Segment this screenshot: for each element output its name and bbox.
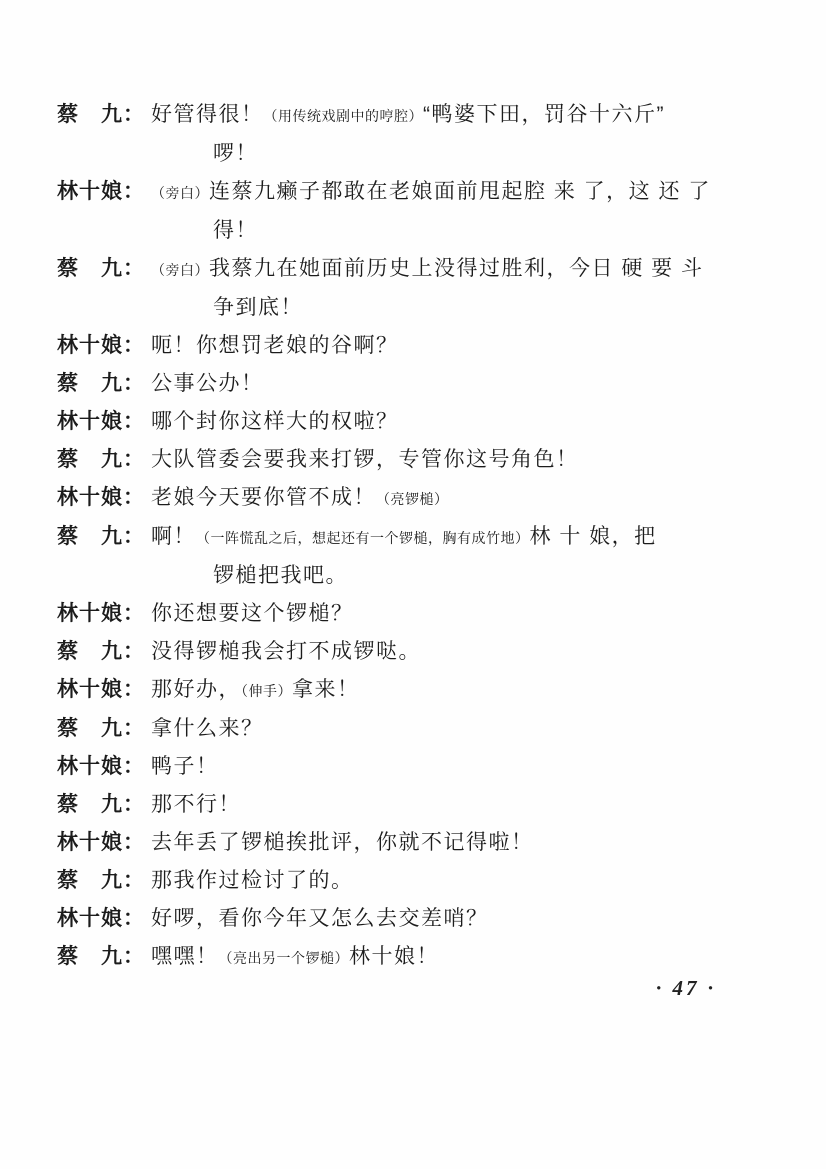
- speech-text: 那不行！: [151, 793, 241, 816]
- dialogue-text: 去年丢了锣槌挨批评，你就不记得啦！: [151, 828, 771, 858]
- speaker-name: 蔡 九：: [57, 637, 151, 667]
- dialogue-entry: 林十娘：（旁白）连蔡九癞子都敢在老娘面前甩起腔 来 了，这 还 了: [57, 177, 771, 208]
- dialogue-text: （旁白）我蔡九在她面前历史上没得过胜利，今日 硬 要 斗: [151, 254, 771, 285]
- speaker-name: 蔡 九：: [57, 714, 151, 744]
- speaker-name: 蔡 九：: [57, 790, 151, 820]
- speech-text: 嘿嘿！: [151, 945, 219, 968]
- speech-text: 没得锣槌我会打不成锣哒。: [151, 640, 421, 663]
- dialogue-text: 那好办，（伸手）拿来！: [151, 675, 771, 706]
- dialogue-entry: 林十娘：你还想要这个锣槌？: [57, 599, 771, 629]
- speech-text: 好啰，看你今年又怎么去交差哨？: [151, 907, 489, 930]
- dialogue-entry: 林十娘：那好办，（伸手）拿来！: [57, 675, 771, 706]
- speaker-name: 林十娘：: [57, 904, 151, 934]
- dialogue-entry: 蔡 九：拿什么来？: [57, 714, 771, 744]
- speech-text: “鸭婆下田，罚谷十六斤”: [423, 103, 665, 126]
- dialogue-text: 老娘今天要你管不成！（亮锣槌）: [151, 483, 771, 514]
- speech-text: 林十娘！: [349, 945, 439, 968]
- dialogue-text: 那不行！: [151, 790, 771, 820]
- dialogue-continuation-line: 啰！: [57, 139, 771, 169]
- speaker-name: 林十娘：: [57, 599, 151, 629]
- dialogue-text: 公事公办！: [151, 369, 771, 399]
- speech-text: 连蔡九癞子都敢在老娘面前甩起腔 来 了，这 还 了: [209, 180, 711, 203]
- speaker-name: 林十娘：: [57, 675, 151, 705]
- dialogue-entry: 蔡 九：好管得很！（用传统戏剧中的哼腔）“鸭婆下田，罚谷十六斤”: [57, 100, 771, 131]
- speech-text: 呃！你想罚老娘的谷啊？: [151, 334, 399, 357]
- dialogue-continuation-line: 锣槌把我吧。: [57, 561, 771, 591]
- dialogue-list: 蔡 九：好管得很！（用传统戏剧中的哼腔）“鸭婆下田，罚谷十六斤”啰！林十娘：（旁…: [57, 100, 771, 981]
- speaker-name: 林十娘：: [57, 828, 151, 858]
- stage-direction-text: （亮出另一个锣槌）: [219, 950, 350, 966]
- stage-direction-text: （一阵慌乱之后，想起还有一个锣槌，胸有成竹地）: [196, 530, 530, 546]
- dialogue-text: 锣槌把我吧。: [213, 561, 771, 591]
- dialogue-continuation-line: 得！: [57, 216, 771, 246]
- dialogue-entry: 蔡 九：公事公办！: [57, 369, 771, 399]
- speech-text: 去年丢了锣槌挨批评，你就不记得啦！: [151, 831, 534, 854]
- speech-text: 你还想要这个锣槌？: [151, 602, 354, 625]
- speech-text: 得！: [213, 219, 258, 242]
- dialogue-entry: 蔡 九：大队管委会要我来打锣，专管你这号角色！: [57, 445, 771, 475]
- dialogue-text: 得！: [213, 216, 771, 246]
- dialogue-text: 啊！（一阵慌乱之后，想起还有一个锣槌，胸有成竹地）林 十 娘，把: [151, 522, 771, 553]
- speaker-name: 蔡 九：: [57, 866, 151, 896]
- speaker-name: 林十娘：: [57, 752, 151, 782]
- speech-text: 啰！: [213, 142, 258, 165]
- dialogue-entry: 林十娘：去年丢了锣槌挨批评，你就不记得啦！: [57, 828, 771, 858]
- speaker-name: 蔡 九：: [57, 522, 151, 552]
- dialogue-entry: 蔡 九：那不行！: [57, 790, 771, 820]
- speech-text: 林 十 娘，把: [530, 525, 657, 548]
- speech-text: 争到底！: [213, 296, 303, 319]
- stage-direction-text: （亮锣槌）: [376, 491, 449, 507]
- speech-text: 大队管委会要我来打锣，专管你这号角色！: [151, 448, 579, 471]
- stage-direction-text: （旁白）: [151, 262, 209, 278]
- speech-text: 那我作过检讨了的。: [151, 869, 354, 892]
- dialogue-entry: 林十娘：鸭子！: [57, 752, 771, 782]
- dialogue-continuation-line: 争到底！: [57, 293, 771, 323]
- speaker-name: 蔡 九：: [57, 942, 151, 972]
- speech-text: 鸭子！: [151, 755, 219, 778]
- dialogue-text: 争到底！: [213, 293, 771, 323]
- dialogue-entry: 林十娘：哪个封你这样大的权啦？: [57, 407, 771, 437]
- speech-text: 啊！: [151, 525, 196, 548]
- speech-text: 锣槌把我吧。: [213, 564, 348, 587]
- dialogue-entry: 林十娘：老娘今天要你管不成！（亮锣槌）: [57, 483, 771, 514]
- dialogue-entry: 蔡 九：啊！（一阵慌乱之后，想起还有一个锣槌，胸有成竹地）林 十 娘，把: [57, 522, 771, 553]
- dialogue-text: 鸭子！: [151, 752, 771, 782]
- dialogue-text: 嘿嘿！（亮出另一个锣槌）林十娘！: [151, 942, 771, 973]
- dialogue-text: 拿什么来？: [151, 714, 771, 744]
- speech-text: 我蔡九在她面前历史上没得过胜利，今日 硬 要 斗: [209, 257, 704, 280]
- speaker-name: 蔡 九：: [57, 254, 151, 284]
- dialogue-text: 哪个封你这样大的权啦？: [151, 407, 771, 437]
- speaker-name: 林十娘：: [57, 407, 151, 437]
- speaker-name: 蔡 九：: [57, 445, 151, 475]
- dialogue-text: 呃！你想罚老娘的谷啊？: [151, 331, 771, 361]
- dialogue-entry: 蔡 九：那我作过检讨了的。: [57, 866, 771, 896]
- dialogue-text: 好管得很！（用传统戏剧中的哼腔）“鸭婆下田，罚谷十六斤”: [151, 100, 771, 131]
- dialogue-entry: 蔡 九：没得锣槌我会打不成锣哒。: [57, 637, 771, 667]
- dialogue-text: 那我作过检讨了的。: [151, 866, 771, 896]
- dialogue-entry: 蔡 九：嘿嘿！（亮出另一个锣槌）林十娘！: [57, 942, 771, 973]
- speaker-name: 蔡 九：: [57, 100, 151, 130]
- dialogue-text: 没得锣槌我会打不成锣哒。: [151, 637, 771, 667]
- stage-direction-text: （伸手）: [241, 683, 292, 699]
- dialogue-text: 啰！: [213, 139, 771, 169]
- speech-text: 好管得很！: [151, 103, 264, 126]
- speaker-name: 林十娘：: [57, 331, 151, 361]
- speaker-name: 林十娘：: [57, 483, 151, 513]
- dialogue-text: 大队管委会要我来打锣，专管你这号角色！: [151, 445, 771, 475]
- page-number: · 47 ·: [656, 976, 716, 1001]
- speech-text: 哪个封你这样大的权啦？: [151, 410, 399, 433]
- stage-direction-text: （用传统戏剧中的哼腔）: [264, 108, 424, 124]
- speech-text: 公事公办！: [151, 372, 264, 395]
- speech-text: 老娘今天要你管不成！: [151, 486, 376, 509]
- speaker-name: 林十娘：: [57, 177, 151, 207]
- dialogue-entry: 林十娘：好啰，看你今年又怎么去交差哨？: [57, 904, 771, 934]
- dialogue-text: 好啰，看你今年又怎么去交差哨？: [151, 904, 771, 934]
- script-page: 蔡 九：好管得很！（用传统戏剧中的哼腔）“鸭婆下田，罚谷十六斤”啰！林十娘：（旁…: [0, 0, 826, 1169]
- speaker-name: 蔡 九：: [57, 369, 151, 399]
- dialogue-entry: 林十娘：呃！你想罚老娘的谷啊？: [57, 331, 771, 361]
- speech-text: 那好办，: [151, 678, 241, 701]
- dialogue-text: （旁白）连蔡九癞子都敢在老娘面前甩起腔 来 了，这 还 了: [151, 177, 771, 208]
- speech-text: 拿什么来？: [151, 717, 264, 740]
- dialogue-text: 你还想要这个锣槌？: [151, 599, 771, 629]
- stage-direction-text: （旁白）: [151, 185, 209, 201]
- speech-text: 拿来！: [292, 678, 360, 701]
- dialogue-entry: 蔡 九：（旁白）我蔡九在她面前历史上没得过胜利，今日 硬 要 斗: [57, 254, 771, 285]
